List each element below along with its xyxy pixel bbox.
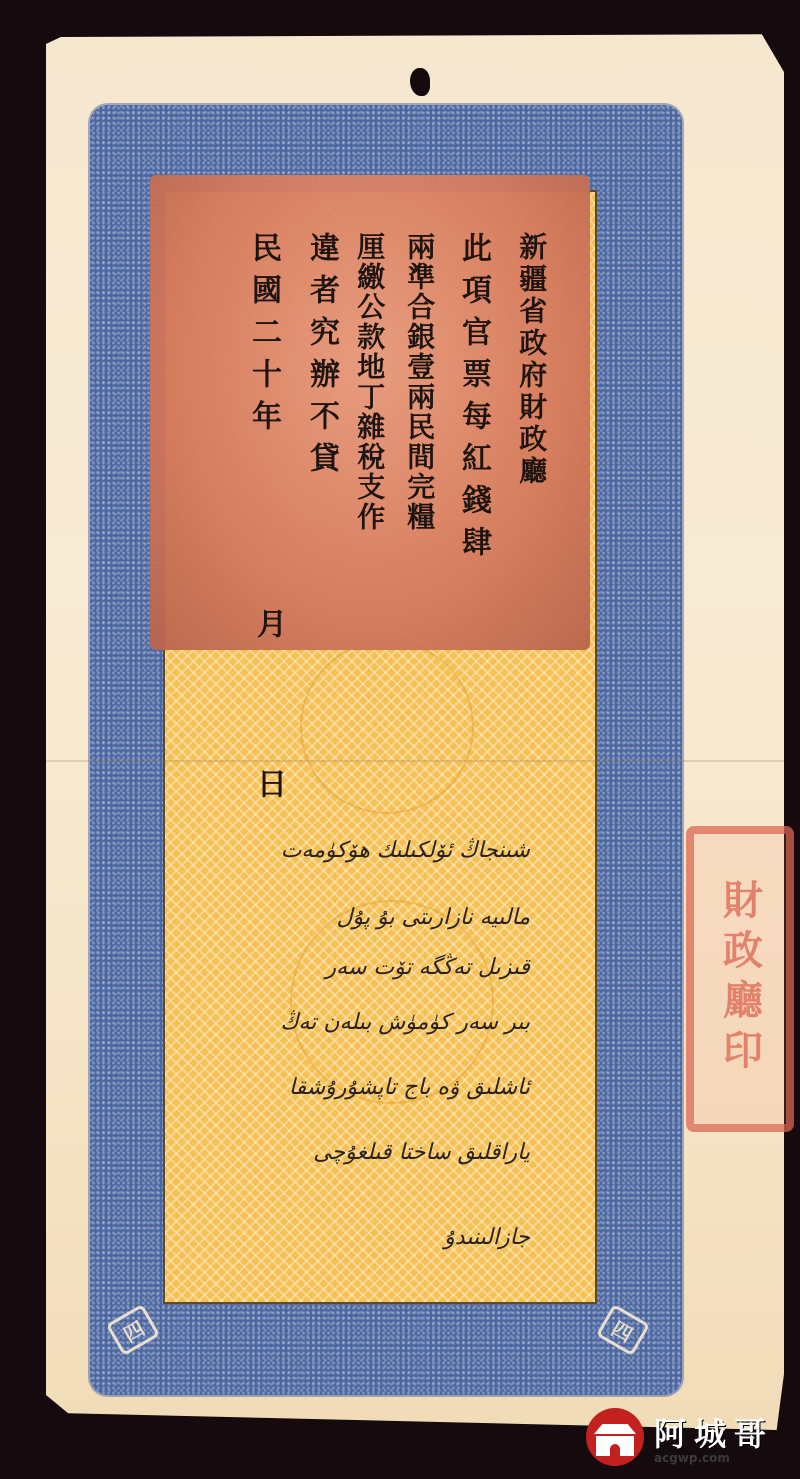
date-day: 日 — [240, 768, 297, 810]
text-column-2: 此項官票每紅錢肆 — [445, 232, 502, 568]
paper-hole — [410, 68, 430, 96]
uyghur-text-line: مالىيە نازارىتى بۇ پۇل — [250, 905, 530, 930]
rosette-pattern — [300, 640, 474, 814]
watermark-name: 阿城哥 — [654, 1409, 774, 1455]
watermark: 阿城哥 acgwp.com — [586, 1408, 774, 1466]
uyghur-text-line: جازالىنىدۇ — [250, 1225, 530, 1250]
date-year-column: 民國二十年 — [235, 232, 292, 442]
text-column-5: 違者究辦不貸 — [293, 232, 350, 484]
date-month: 月 — [240, 608, 297, 650]
text-column-3: 兩準合銀壹兩民間完糧 — [393, 232, 446, 532]
red-seal-stamp: 財政廳印 — [686, 826, 794, 1132]
uyghur-text-line: ياراقلىق ساختا قىلغۇچى — [250, 1140, 530, 1165]
fold-crease — [46, 760, 784, 762]
rosette-pattern — [290, 900, 494, 1104]
uyghur-text-line: شىنجاڭ ئۆلكىلىك ھۆكۈمەت — [250, 838, 530, 863]
uyghur-text-line: قىزىل تەڭگە تۆت سەر — [250, 955, 530, 980]
uyghur-text-line: ئاشلىق ۋە باج تاپشۇرۇشقا — [250, 1075, 530, 1100]
uyghur-text-line: بىر سەر كۈمۈش بىلەن تەڭ — [250, 1010, 530, 1035]
issuer-column: 新疆省政府財政廳 — [505, 232, 558, 488]
palace-logo-icon — [586, 1408, 644, 1466]
text-column-4: 厘繳公款地丁雜稅支作 — [343, 232, 396, 532]
seal-text: 財政廳印 — [712, 879, 769, 1079]
